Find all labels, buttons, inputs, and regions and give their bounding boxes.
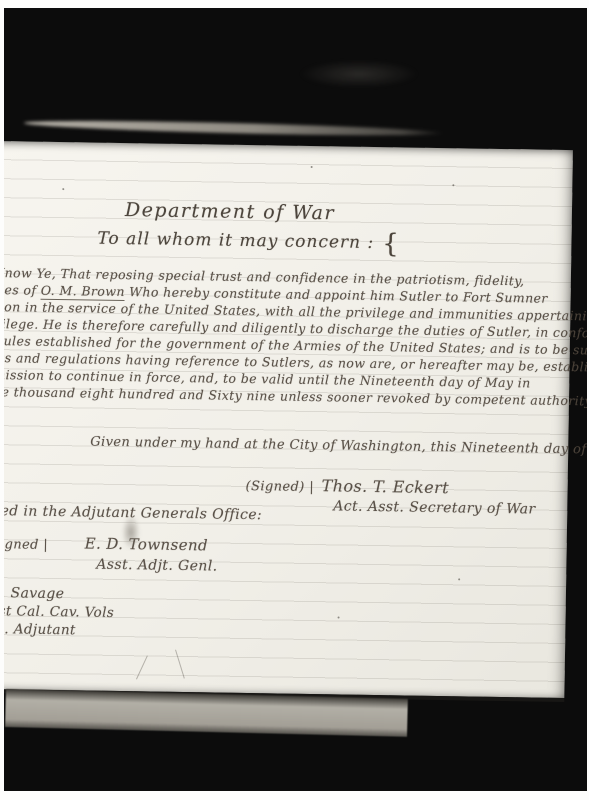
body-line-2-prefix: ties of [4, 282, 41, 298]
paper-speck [530, 449, 532, 451]
heading-to-all-whom-text: To all whom it may concern : [97, 229, 374, 253]
heading-to-all-whom: To all whom it may concern :{ [97, 225, 400, 260]
signature-townsend-title: Asst. Adjt. Genl. [96, 557, 217, 575]
film-background: Department of War To all whom it may con… [4, 8, 587, 791]
signature-eckert-title: Act. Asst. Secretary of War [333, 498, 536, 517]
scanned-document-image: Department of War To all whom it may con… [0, 0, 589, 800]
signed-label-adjutant: Signed | [4, 537, 48, 553]
endorsement-adjutant: d. Adjutant [4, 621, 76, 638]
paper-speck [458, 578, 460, 580]
film-artifact-streak [24, 118, 444, 138]
signed-label-war-dept: (Signed) | [245, 479, 314, 495]
paper-speck [62, 188, 64, 190]
paper-scratch [175, 650, 185, 679]
paper-speck [338, 616, 340, 618]
endorsement-regiment: 1st Cal. Cav. Vols [4, 603, 114, 621]
sutler-name: O. M. Brown [41, 283, 125, 301]
document-page: Department of War To all whom it may con… [4, 141, 573, 702]
signature-townsend: E. D. Townsend [85, 534, 209, 554]
endorsement-name-savage: R. Savage [4, 585, 65, 602]
film-artifact-smudge [299, 60, 419, 88]
paper-speck [311, 166, 313, 168]
paper-scratch [136, 655, 148, 679]
attestation-line: Given under my hand at the City of Washi… [90, 435, 587, 459]
ink-smudge [122, 515, 141, 549]
heading-department-of-war: Department of War [125, 199, 335, 224]
paper-speck [452, 184, 454, 186]
heading-brace: { [374, 229, 400, 259]
signature-eckert: Thos. T. Eckert [321, 476, 449, 497]
